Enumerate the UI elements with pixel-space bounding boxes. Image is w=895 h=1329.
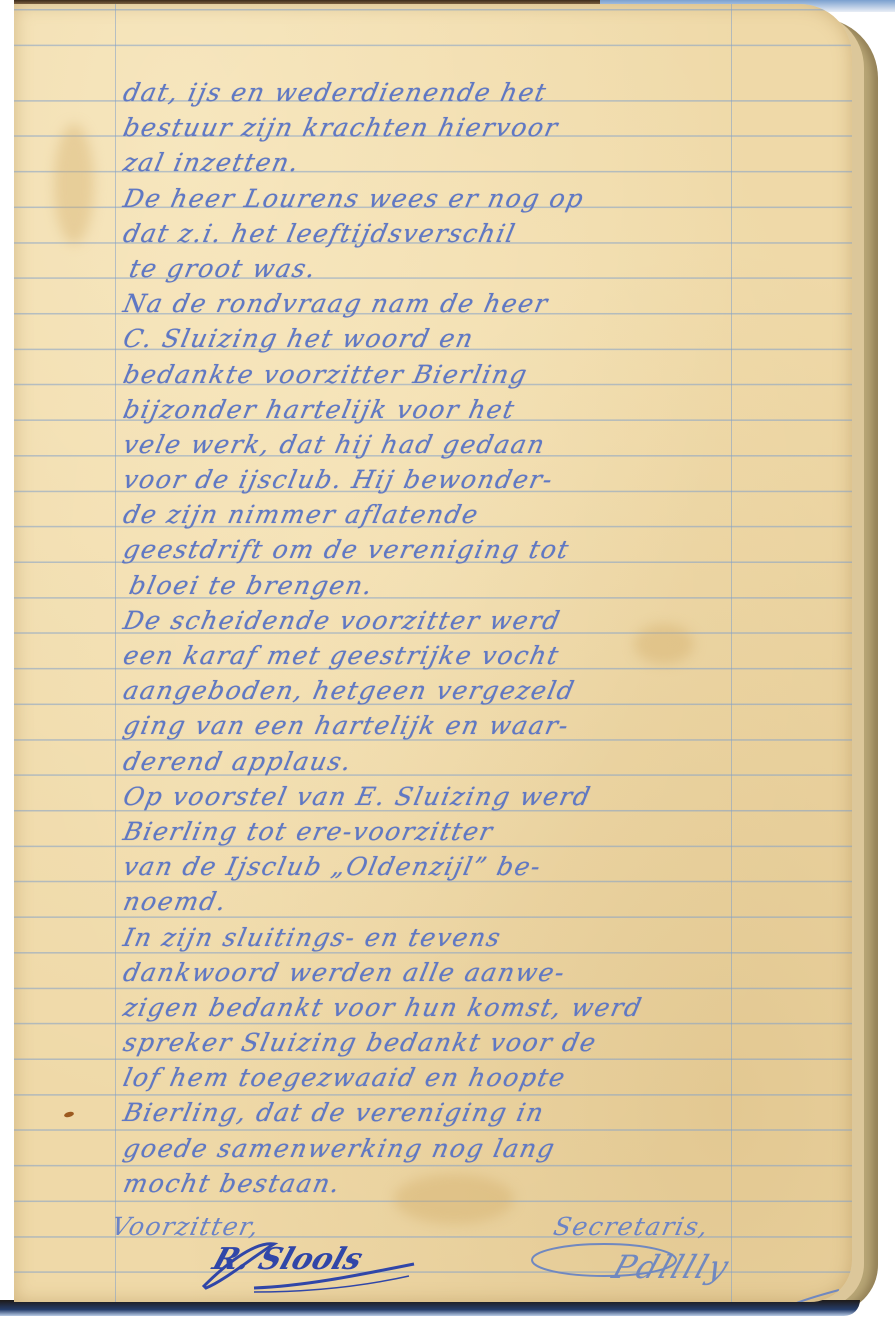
secretary-signature: Pdlllly <box>524 1238 844 1302</box>
text-line: In zijn sluitings- en tevens <box>120 920 852 955</box>
text-line: De scheidende voorzitter werd <box>120 603 852 638</box>
text-line: mocht bestaan. <box>120 1166 852 1201</box>
text-line: zigen bedankt voor hun komst, werd <box>120 990 852 1025</box>
left-margin-line <box>115 4 116 1302</box>
secretary-label: Secretaris, <box>551 1212 712 1241</box>
text-line: Bierling tot ere-voorzitter <box>120 814 852 849</box>
secretary-name: Pdlllly <box>608 1248 735 1286</box>
text-line: spreker Sluizing bedankt voor de <box>120 1025 852 1060</box>
text-line: aangeboden, hetgeen vergezeld <box>120 673 852 708</box>
text-line: noemd. <box>120 884 852 919</box>
text-line: zal inzetten. <box>120 145 852 180</box>
text-line: Op voorstel van E. Sluizing werd <box>120 779 852 814</box>
text-line: vele werk, dat hij had gedaan <box>120 427 852 462</box>
text-line: ging van een hartelijk en waar- <box>120 708 852 743</box>
chairman-signature: R. Slools <box>184 1236 424 1296</box>
text-line: dankwoord werden alle aanwe- <box>120 955 852 990</box>
text-line: Bierling, dat de vereniging in <box>120 1095 852 1130</box>
text-line: de zijn nimmer aflatende <box>120 497 852 532</box>
text-line: van de Ijsclub „Oldenzijl” be- <box>120 849 852 884</box>
text-line: lof hem toegezwaaid en hoopte <box>120 1060 852 1095</box>
handwritten-text: dat, ijs en wederdienende het bestuur zi… <box>120 75 852 1201</box>
text-line: derend applaus. <box>120 744 852 779</box>
text-line: een karaf met geestrijke vocht <box>120 638 852 673</box>
book-bottom-shadow <box>0 1300 860 1316</box>
text-line: bestuur zijn krachten hiervoor <box>120 110 852 145</box>
text-line: C. Sluizing het woord en <box>120 321 852 356</box>
text-line: geestdrift om de vereniging tot <box>120 532 852 567</box>
notebook-page: dat, ijs en wederdienende het bestuur zi… <box>14 4 852 1302</box>
text-line: goede samenwerking nog lang <box>120 1131 852 1166</box>
chairman-name: R. Slools <box>208 1242 367 1277</box>
text-line: bloei te brengen. <box>120 568 852 603</box>
text-line: voor de ijsclub. Hij bewonder- <box>120 462 852 497</box>
text-line: De heer Lourens wees er nog op <box>120 181 852 216</box>
text-line: Na de rondvraag nam de heer <box>120 286 852 321</box>
text-line: bedankte voorzitter Bierling <box>120 357 852 392</box>
text-line: dat z.i. het leeftijdsverschil <box>120 216 852 251</box>
paper-stain <box>54 124 94 244</box>
text-line: te groot was. <box>120 251 852 286</box>
signature-block: Voorzitter, Secretaris, R. Slools Pdllll… <box>14 1208 852 1302</box>
text-line: dat, ijs en wederdienende het <box>120 75 852 110</box>
text-line: bijzonder hartelijk voor het <box>120 392 852 427</box>
